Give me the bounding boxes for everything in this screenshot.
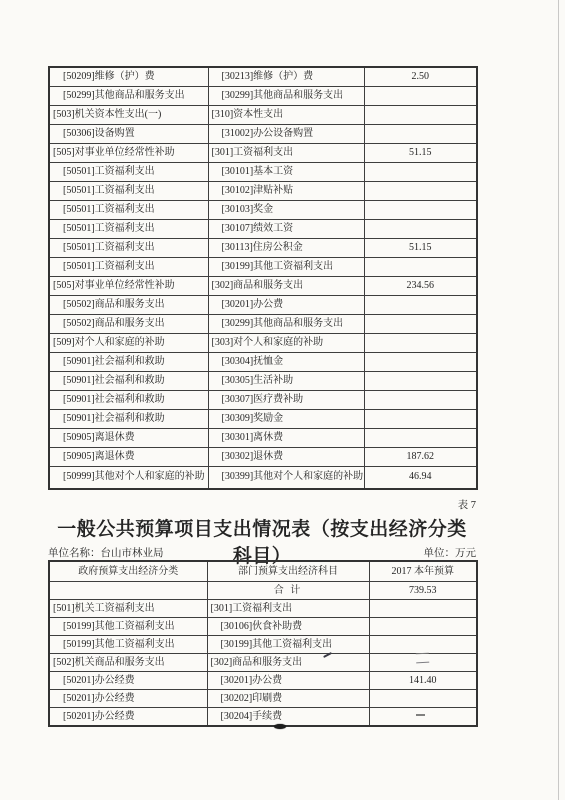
table-row: [50501]工资福利支出[30103]奖金 <box>49 201 477 220</box>
handwritten-dash-mark <box>416 714 425 716</box>
table-meta-row: 单位名称：台山市林业局 单位：万元 <box>48 545 476 560</box>
amount-cell <box>364 220 477 239</box>
gov-class-cell: [50201]办公经费 <box>49 708 207 727</box>
gov-class-cell: [50299]其他商品和服务支出 <box>49 87 208 106</box>
table-row: [50299]其他商品和服务支出[30299]其他商品和服务支出 <box>49 87 477 106</box>
gov-class-cell: [50199]其他工资福利支出 <box>49 618 207 636</box>
dept-subject-cell: [30305]生活补助 <box>208 372 364 391</box>
gov-class-cell: [50901]社会福利和救助 <box>49 353 208 372</box>
amount-cell: 2.50 <box>364 67 477 87</box>
gov-class-cell: [50905]离退休费 <box>49 448 208 467</box>
table-row: [50999]其他对个人和家庭的补助[30399]其他对个人和家庭的补助46.9… <box>49 467 477 489</box>
dept-subject-cell: [30199]其他工资福利支出 <box>208 258 364 277</box>
project-expenditure-table: 政府预算支出经济分类 部门预算支出经济科目 2017 本年预算 合 计739.5… <box>48 560 478 727</box>
gov-class-cell: [502]机关商品和服务支出 <box>49 654 207 672</box>
gov-class-cell: [50501]工资福利支出 <box>49 163 208 182</box>
dept-subject-cell: [31002]办公设备购置 <box>208 125 364 144</box>
gov-class-cell: [50901]社会福利和救助 <box>49 372 208 391</box>
amount-cell <box>364 106 477 125</box>
dept-subject-cell: [30307]医疗费补助 <box>208 391 364 410</box>
gov-class-cell: [50502]商品和服务支出 <box>49 315 208 334</box>
amount-cell: 234.56 <box>364 277 477 296</box>
budget-basic-expenditure-table-continued: [50209]维修（护）费[30213]维修（护）费2.50 [50299]其他… <box>48 66 478 490</box>
table-row: [50501]工资福利支出[30101]基本工资 <box>49 163 477 182</box>
dept-subject-cell: [30106]伙食补助费 <box>207 618 369 636</box>
amount-cell <box>364 163 477 182</box>
gov-class-cell: [50901]社会福利和救助 <box>49 410 208 429</box>
table-row: [50306]设备购置[31002]办公设备购置 <box>49 125 477 144</box>
dept-subject-cell: [30299]其他商品和服务支出 <box>208 87 364 106</box>
gov-class-cell: [50901]社会福利和救助 <box>49 391 208 410</box>
table-row: [502]机关商品和服务支出[302]商品和服务支出 <box>49 654 477 672</box>
gov-class-cell: [505]对事业单位经常性补助 <box>49 277 208 296</box>
table-row: [501]机关工资福利支出[301]工资福利支出 <box>49 600 477 618</box>
gov-class-cell: [50502]商品和服务支出 <box>49 296 208 315</box>
amount-cell <box>364 410 477 429</box>
dept-subject-cell: [30301]离休费 <box>208 429 364 448</box>
amount-cell: 141.40 <box>369 672 477 690</box>
scanned-page: [50209]维修（护）费[30213]维修（护）费2.50 [50299]其他… <box>0 0 565 800</box>
dept-subject-cell: [310]资本性支出 <box>208 106 364 125</box>
amount-cell <box>369 618 477 636</box>
dept-subject-cell: [301]工资福利支出 <box>207 600 369 618</box>
amount-cell <box>369 708 477 727</box>
amount-cell <box>369 690 477 708</box>
dept-subject-header: 部门预算支出经济科目 <box>207 561 369 582</box>
amount-cell <box>364 353 477 372</box>
gov-class-cell: [50905]离退休费 <box>49 429 208 448</box>
table-row: [50901]社会福利和救助[30305]生活补助 <box>49 372 477 391</box>
gov-class-cell: [50306]设备购置 <box>49 125 208 144</box>
table-row: [50501]工资福利支出[30107]绩效工资 <box>49 220 477 239</box>
gov-class-cell: [50201]办公经费 <box>49 690 207 708</box>
dept-subject-cell: [30113]住房公积金 <box>208 239 364 258</box>
unit-name-label: 单位名称：台山市林业局 <box>48 545 164 560</box>
dept-subject-cell: [30299]其他商品和服务支出 <box>208 315 364 334</box>
table-row: [503]机关资本性支出(一)[310]资本性支出 <box>49 106 477 125</box>
gov-class-cell: [50501]工资福利支出 <box>49 258 208 277</box>
table-header-row: 政府预算支出经济分类 部门预算支出经济科目 2017 本年预算 <box>49 561 477 582</box>
table-row: [50199]其他工资福利支出[30199]其他工资福利支出 <box>49 636 477 654</box>
gov-class-cell: [501]机关工资福利支出 <box>49 600 207 618</box>
amount-cell: 51.15 <box>364 144 477 163</box>
table-row: [50201]办公经费[30202]印刷费 <box>49 690 477 708</box>
dept-subject-cell: [301]工资福利支出 <box>208 144 364 163</box>
dept-subject-cell: [30199]其他工资福利支出 <box>207 636 369 654</box>
table-row: [50502]商品和服务支出[30299]其他商品和服务支出 <box>49 315 477 334</box>
gov-class-cell: [50501]工资福利支出 <box>49 220 208 239</box>
table-row: [505]对事业单位经常性补助[301]工资福利支出51.15 <box>49 144 477 163</box>
amount-cell <box>364 372 477 391</box>
total-label-cell: 合 计 <box>207 582 369 600</box>
dept-subject-cell: [30107]绩效工资 <box>208 220 364 239</box>
gov-class-cell: [50199]其他工资福利支出 <box>49 636 207 654</box>
gov-class-cell: [50201]办公经费 <box>49 672 207 690</box>
dept-subject-cell: [30201]办公费 <box>208 296 364 315</box>
table-row: [50501]工资福利支出[30102]津贴补贴 <box>49 182 477 201</box>
table-row: [505]对事业单位经常性补助[302]商品和服务支出234.56 <box>49 277 477 296</box>
dept-subject-cell: [30204]手续费 <box>207 708 369 727</box>
dept-subject-cell: [30202]印刷费 <box>207 690 369 708</box>
amount-cell <box>364 334 477 353</box>
gov-class-cell: [50501]工资福利支出 <box>49 182 208 201</box>
gov-class-cell: [50501]工资福利支出 <box>49 239 208 258</box>
amount-cell <box>369 600 477 618</box>
table-row: [50502]商品和服务支出[30201]办公费 <box>49 296 477 315</box>
amount-cell: 187.62 <box>364 448 477 467</box>
amount-cell <box>364 182 477 201</box>
amount-cell: 739.53 <box>369 582 477 600</box>
amount-cell <box>364 87 477 106</box>
table-row: [50901]社会福利和救助[30307]医疗费补助 <box>49 391 477 410</box>
amount-cell <box>364 296 477 315</box>
table-row: [50209]维修（护）费[30213]维修（护）费2.50 <box>49 67 477 87</box>
gov-class-cell: [50999]其他对个人和家庭的补助 <box>49 467 208 489</box>
amount-cell <box>369 636 477 654</box>
amount-cell <box>364 258 477 277</box>
page-edge-shadow <box>558 0 559 800</box>
total-row: 合 计739.53 <box>49 582 477 600</box>
dept-subject-cell: [30102]津贴补贴 <box>208 182 364 201</box>
dept-subject-cell: [30103]奖金 <box>208 201 364 220</box>
dept-subject-cell: [30309]奖励金 <box>208 410 364 429</box>
dept-subject-cell: [30201]办公费 <box>207 672 369 690</box>
amount-cell: 51.15 <box>364 239 477 258</box>
dept-subject-cell: [302]商品和服务支出 <box>207 654 369 672</box>
gov-class-cell: [505]对事业单位经常性补助 <box>49 144 208 163</box>
dept-subject-cell: [303]对个人和家庭的补助 <box>208 334 364 353</box>
table-row: [50501]工资福利支出[30199]其他工资福利支出 <box>49 258 477 277</box>
table-row: [50201]办公经费[30204]手续费 <box>49 708 477 727</box>
gov-class-header: 政府预算支出经济分类 <box>49 561 207 582</box>
sheet-number-label: 表 7 <box>48 497 476 512</box>
table-row: [509]对个人和家庭的补助[303]对个人和家庭的补助 <box>49 334 477 353</box>
gov-class-cell <box>49 582 207 600</box>
dept-subject-cell: [30101]基本工资 <box>208 163 364 182</box>
budget-year-header: 2017 本年预算 <box>369 561 477 582</box>
amount-cell <box>364 391 477 410</box>
amount-cell <box>364 125 477 144</box>
unit-of-measure-label: 单位：万元 <box>424 545 477 560</box>
table-row: [50905]离退休费[30301]离休费 <box>49 429 477 448</box>
dept-subject-cell: [302]商品和服务支出 <box>208 277 364 296</box>
handwritten-scribble-mark <box>416 653 430 664</box>
table-row: [50501]工资福利支出[30113]住房公积金51.15 <box>49 239 477 258</box>
gov-class-cell: [50501]工资福利支出 <box>49 201 208 220</box>
ink-smudge <box>274 724 286 729</box>
amount-cell: 46.94 <box>364 467 477 489</box>
amount-cell <box>364 201 477 220</box>
gov-class-cell: [503]机关资本性支出(一) <box>49 106 208 125</box>
dept-subject-cell: [30304]抚恤金 <box>208 353 364 372</box>
amount-cell <box>364 429 477 448</box>
gov-class-cell: [50209]维修（护）费 <box>49 67 208 87</box>
table-row: [50199]其他工资福利支出[30106]伙食补助费 <box>49 618 477 636</box>
dept-subject-cell: [30302]退休费 <box>208 448 364 467</box>
dept-subject-cell: [30399]其他对个人和家庭的补助 <box>208 467 364 489</box>
table-row: [50905]离退休费[30302]退休费187.62 <box>49 448 477 467</box>
gov-class-cell: [509]对个人和家庭的补助 <box>49 334 208 353</box>
table-row: [50901]社会福利和救助[30309]奖励金 <box>49 410 477 429</box>
table-row: [50201]办公经费[30201]办公费141.40 <box>49 672 477 690</box>
dept-subject-cell: [30213]维修（护）费 <box>208 67 364 87</box>
amount-cell <box>364 315 477 334</box>
table-row: [50901]社会福利和救助[30304]抚恤金 <box>49 353 477 372</box>
